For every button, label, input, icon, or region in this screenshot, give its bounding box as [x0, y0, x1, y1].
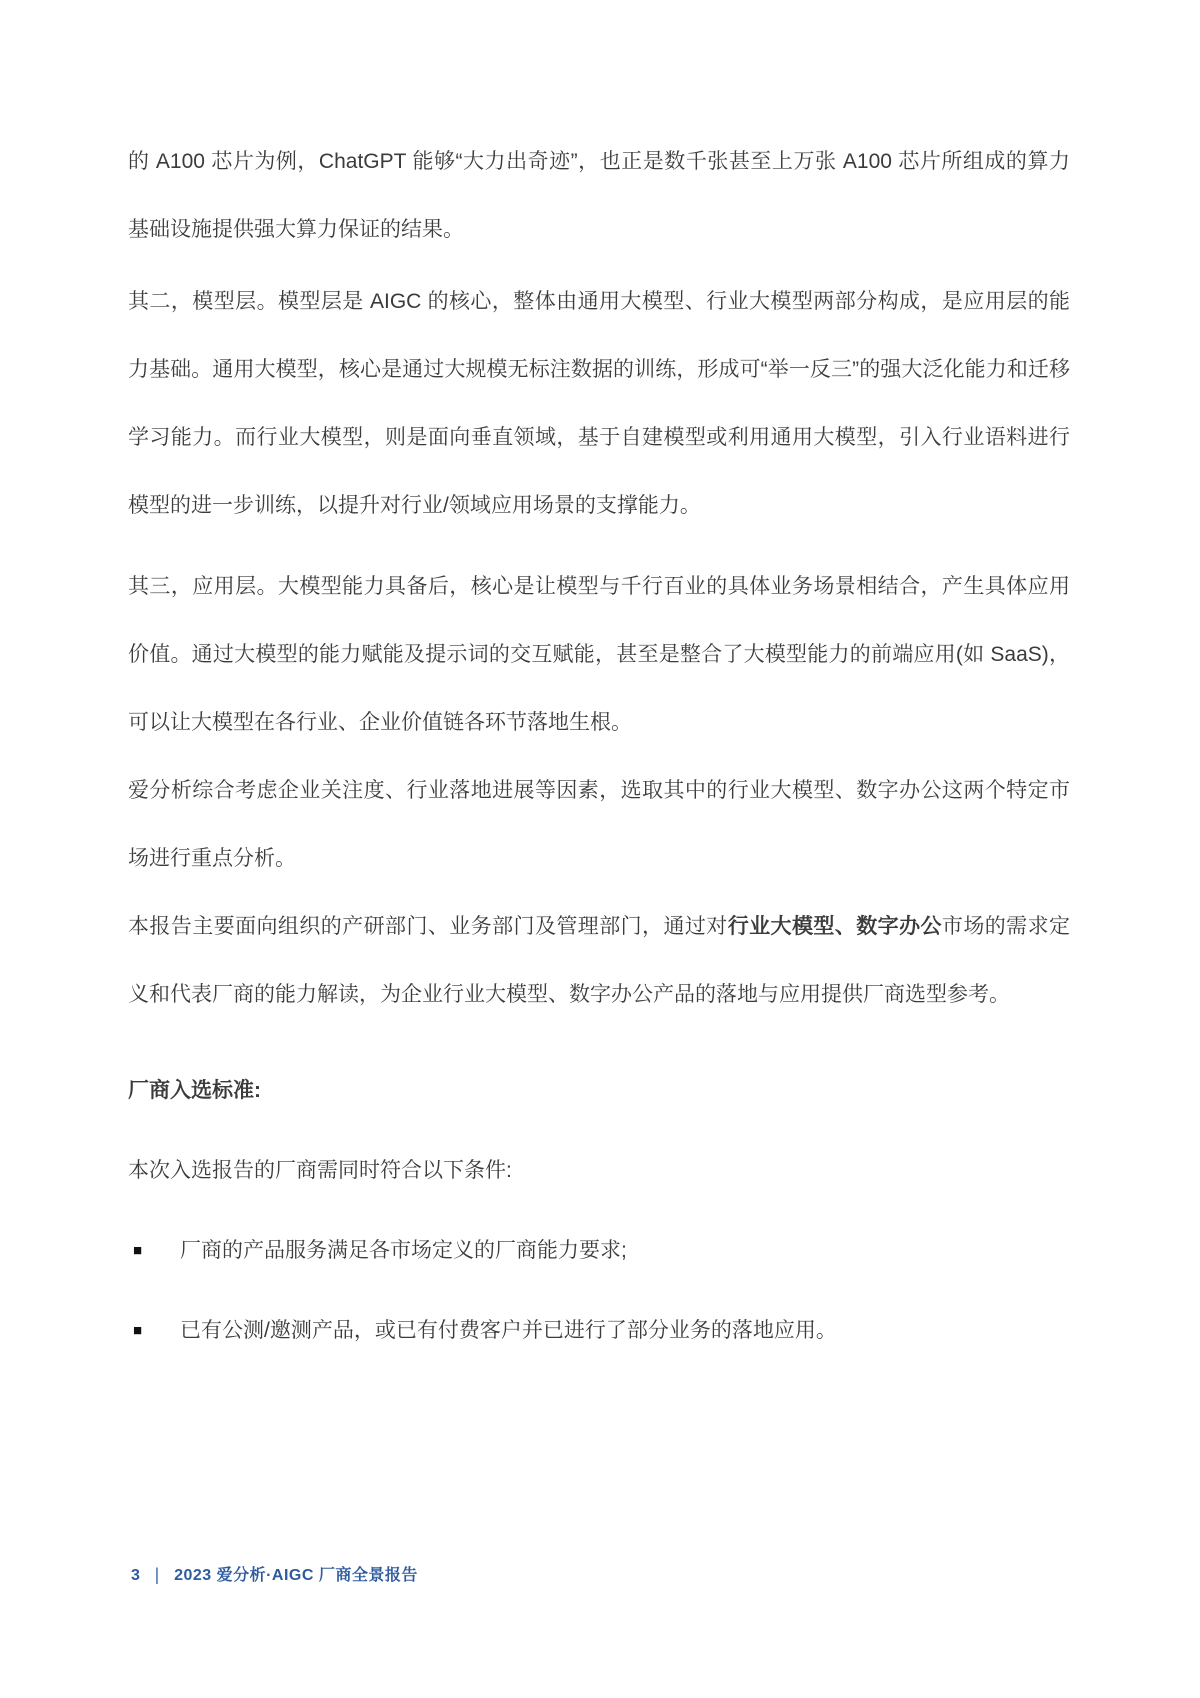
footer-separator: |	[155, 1562, 159, 1591]
page-body: 的 A100 芯片为例，ChatGPT 能够“大力出奇迹”，也正是数千张甚至上万…	[128, 128, 1070, 1377]
paragraph-a100-compute: 的 A100 芯片为例，ChatGPT 能够“大力出奇迹”，也正是数千张甚至上万…	[128, 128, 1070, 264]
bullet-square-icon: ■	[128, 1297, 180, 1365]
bullet-square-icon: ■	[128, 1217, 180, 1285]
document-page: 的 A100 芯片为例，ChatGPT 能够“大力出奇迹”，也正是数千张甚至上万…	[0, 0, 1200, 1698]
page-footer: 3 | 2023 爱分析·AIGC 厂商全景报告	[131, 1563, 418, 1589]
criteria-item-text: 已有公测/邀测产品，或已有付费客户并已进行了部分业务的落地应用。	[180, 1297, 1070, 1365]
paragraph-application-layer: 其三，应用层。大模型能力具备后，核心是让模型与千行百业的具体业务场景相结合，产生…	[128, 553, 1070, 757]
page-number: 3	[131, 1563, 140, 1589]
report-audience-bold-markets: 行业大模型、数字办公	[728, 915, 942, 938]
criteria-list-item: ■ 厂商的产品服务满足各市场定义的厂商能力要求;	[128, 1217, 1070, 1285]
paragraph-market-selection: 爱分析综合考虑企业关注度、行业落地进展等因素，选取其中的行业大模型、数字办公这两…	[128, 757, 1070, 893]
vendor-criteria-heading: 厂商入选标准:	[128, 1057, 1070, 1125]
report-title: 2023 爱分析·AIGC 厂商全景报告	[174, 1563, 418, 1589]
criteria-item-text: 厂商的产品服务满足各市场定义的厂商能力要求;	[180, 1217, 1070, 1285]
criteria-list-item: ■ 已有公测/邀测产品，或已有付费客户并已进行了部分业务的落地应用。	[128, 1297, 1070, 1365]
paragraph-report-audience: 本报告主要面向组织的产研部门、业务部门及管理部门，通过对行业大模型、数字办公市场…	[128, 893, 1070, 1029]
paragraph-model-layer: 其二，模型层。模型层是 AIGC 的核心，整体由通用大模型、行业大模型两部分构成…	[128, 268, 1070, 540]
vendor-criteria-intro: 本次入选报告的厂商需同时符合以下条件:	[128, 1137, 1070, 1205]
report-audience-text-pre: 本报告主要面向组织的产研部门、业务部门及管理部门，通过对	[128, 915, 728, 938]
